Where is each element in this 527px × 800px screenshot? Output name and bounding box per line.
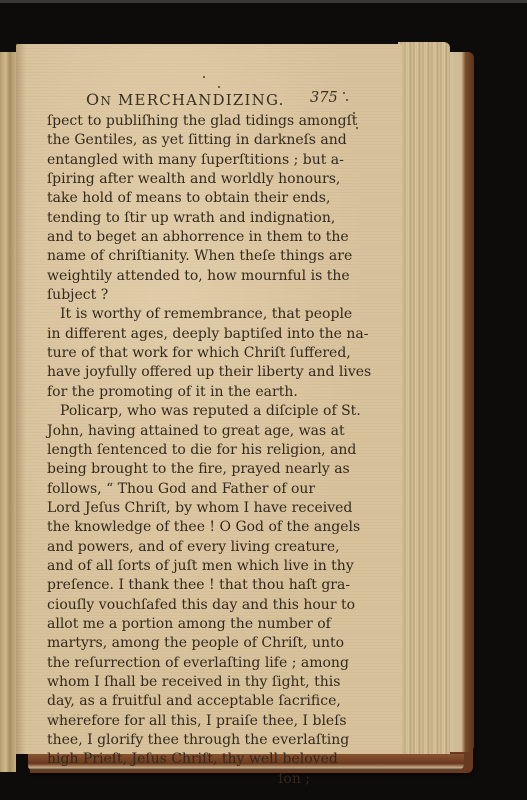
show-through-mark: lbool — [50, 712, 80, 726]
paragraph-start-line: Policarp, who was reputed a diſciple of … — [47, 402, 310, 421]
text-line: weightily attended to, how mournful is t… — [47, 267, 310, 286]
text-line: Lord Jeſus Chriſt, by whom I have receiv… — [47, 499, 310, 518]
running-head-small-caps: N — [100, 94, 112, 108]
text-line: day, as a fruitful and acceptable ſacrif… — [47, 692, 310, 711]
text-line: name of chriſtianity. When theſe things … — [47, 247, 310, 266]
text-line: the knowledge of thee ! O God of the ang… — [47, 518, 310, 537]
text-line: thee, I glorify thee through the everlaſ… — [47, 731, 310, 750]
cover-board-edge — [446, 52, 474, 752]
text-line: take hold of means to obtain their ends, — [47, 189, 310, 208]
text-line: allot me a portion among the number of — [47, 615, 310, 634]
text-line: and of all ſorts of juſt men which live … — [47, 557, 310, 576]
text-line: entangled with many ſuperſtitions ; but … — [47, 151, 310, 170]
text-line: ture of that work for which Chriſt ſuffe… — [47, 344, 310, 363]
text-line: martyrs, among the people of Chriſt, unt… — [47, 634, 310, 653]
text-line: ſpect to publiſhing the glad tidings amo… — [47, 112, 310, 131]
text-line: whom I ſhall be received in thy ſight, t… — [47, 673, 310, 692]
text-line: in different ages, deeply baptiſed into … — [47, 325, 310, 344]
running-head-initial: O — [86, 90, 100, 109]
paragraph-start-line: It is worthy of remembrance, that people — [47, 305, 310, 324]
text-line: wherefore for all this, I praiſe thee, I… — [47, 712, 310, 731]
text-line: John, having attained to great age, was … — [47, 422, 310, 441]
ink-speck — [343, 92, 345, 94]
text-line: have joyfully offered up their liberty a… — [47, 363, 310, 382]
viewer-top-border — [0, 0, 527, 3]
ink-speck — [203, 76, 205, 78]
text-line: the reſurrection of everlaſting life ; a… — [47, 654, 310, 673]
text-line: follows, “ Thou God and Father of our — [47, 480, 310, 499]
text-line: for the promoting of it in the earth. — [47, 383, 310, 402]
text-line: ſpiring after wealth and worldly honours… — [47, 170, 310, 189]
ink-speck — [218, 86, 220, 88]
ink-speck — [353, 112, 355, 114]
text-line: ſubject ? — [47, 286, 310, 305]
ink-speck — [346, 99, 348, 101]
catchword: ſon ; — [47, 770, 310, 789]
text-line: and powers, and of every living creature… — [47, 538, 310, 557]
text-line: ciouſly vouchſafed this day and this hou… — [47, 596, 310, 615]
facing-page-edge — [0, 52, 16, 772]
text-line: tending to ſtir up wrath and indignation… — [47, 209, 310, 228]
running-head-title: MERCHANDIZING. — [118, 91, 285, 109]
text-line: high Prieſt, Jeſus Chriſt, thy well belo… — [47, 750, 310, 769]
text-line: length ſentenced to die for his religion… — [47, 441, 310, 460]
text-line: preſence. I thank thee ! that thou haſt … — [47, 576, 310, 595]
text-line: being brought to the fire, prayed nearly… — [47, 460, 310, 479]
text-line: and to beget an abhorrence in them to th… — [47, 228, 310, 247]
page-number: 375 — [310, 90, 338, 106]
page-block-fore-edge — [398, 42, 450, 754]
body-text: ſpect to publiſhing the glad tidings amo… — [47, 112, 310, 789]
ink-speck — [356, 127, 358, 129]
text-line: the Gentiles, as yet ſitting in darkneſs… — [47, 131, 310, 150]
gutter-shadow — [16, 44, 26, 754]
